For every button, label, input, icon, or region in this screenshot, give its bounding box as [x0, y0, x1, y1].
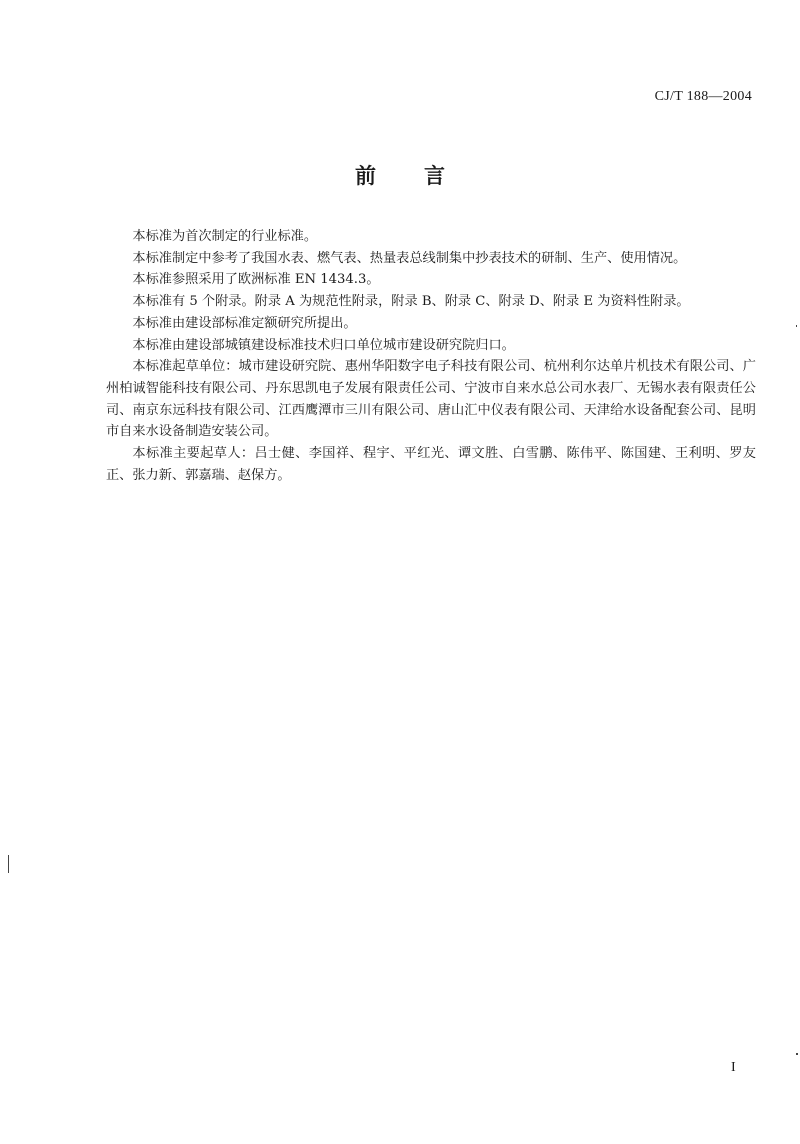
scan-artifact: [796, 325, 797, 327]
paragraph: 本标准主要起草人：吕士健、李国祥、程宇、平红光、谭文胜、白雪鹏、陈伟平、陈国建、…: [106, 443, 756, 486]
scan-artifact: [8, 855, 9, 873]
page-title: 前言: [0, 160, 800, 190]
standard-code: CJ/T 188—2004: [655, 89, 752, 105]
title-char-1: 前: [355, 160, 376, 190]
scan-artifact: [796, 1053, 798, 1055]
paragraph: 本标准制定中参考了我国水表、燃气表、热量表总线制集中抄表技术的研制、生产、使用情…: [106, 248, 756, 270]
page-number: I: [731, 1060, 736, 1076]
paragraph: 本标准起草单位：城市建设研究院、惠州华阳数字电子科技有限公司、杭州利尔达单片机技…: [106, 356, 756, 443]
paragraph: 本标准有 5 个附录。附录 A 为规范性附录，附录 B、附录 C、附录 D、附录…: [106, 291, 756, 313]
paragraph: 本标准参照采用了欧洲标准 EN 1434.3。: [106, 269, 756, 291]
paragraph: 本标准为首次制定的行业标准。: [106, 226, 756, 248]
foreword-body: 本标准为首次制定的行业标准。 本标准制定中参考了我国水表、燃气表、热量表总线制集…: [106, 226, 756, 486]
paragraph: 本标准由建设部城镇建设标准技术归口单位城市建设研究院归口。: [106, 335, 756, 357]
paragraph: 本标准由建设部标准定额研究所提出。: [106, 313, 756, 335]
title-char-2: 言: [424, 160, 445, 190]
